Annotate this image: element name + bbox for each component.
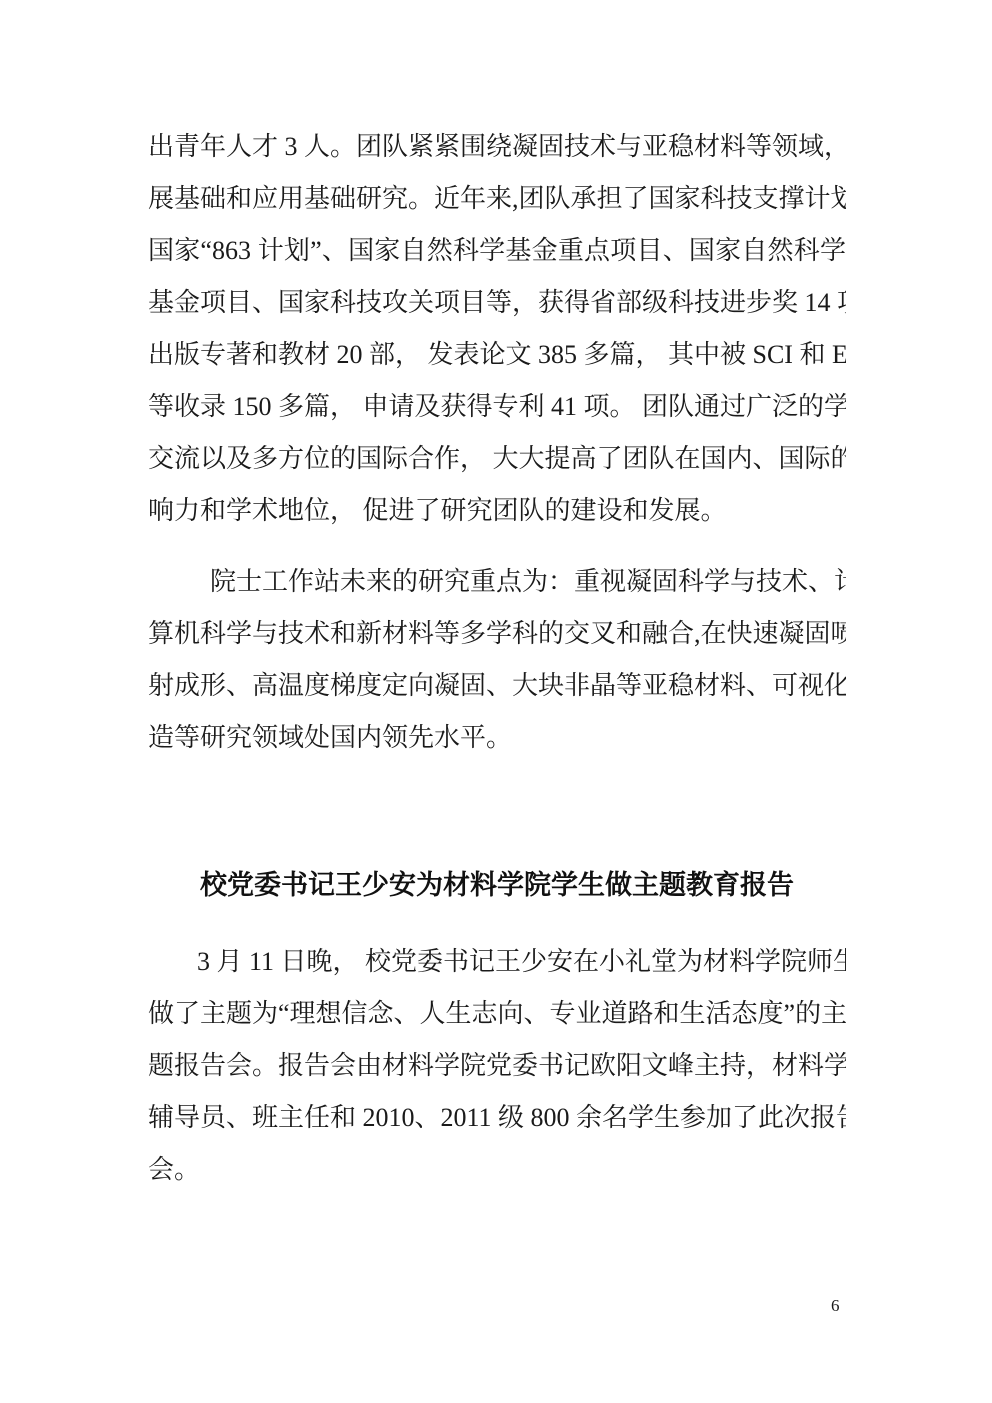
text-line: 3 月 11 日晚， 校党委书记王少安在小礼堂为材料学院师生 bbox=[148, 936, 846, 988]
text-line: 造等研究领域处国内领先水平。 bbox=[148, 712, 846, 764]
text-line: 出版专著和教材 20 部， 发表论文 385 多篇， 其中被 SCI 和 EI bbox=[148, 329, 846, 381]
text-line: 基金项目、国家科技攻关项目等，获得省部级科技进步奖 14 项。 bbox=[148, 277, 846, 329]
text-line: 展基础和应用基础研究。近年来,团队承担了国家科技支撑计划、 bbox=[148, 173, 846, 225]
text-line: 响力和学术地位， 促进了研究团队的建设和发展。 bbox=[148, 485, 846, 537]
text-line: 国家“863 计划”、国家自然科学基金重点项目、国家自然科学 bbox=[148, 225, 846, 277]
text-line: 做了主题为“理想信念、人生志向、专业道路和生活态度”的主 bbox=[148, 988, 846, 1040]
page-number: 6 bbox=[831, 1296, 840, 1316]
text-line: 辅导员、班主任和 2010、2011 级 800 余名学生参加了此次报告 bbox=[148, 1092, 846, 1144]
document-page: 出青年人才 3 人。团队紧紧围绕凝固技术与亚稳材料等领域，开 展基础和应用基础研… bbox=[0, 0, 992, 1403]
paragraph-report-event: 3 月 11 日晚， 校党委书记王少安在小礼堂为材料学院师生 做了主题为“理想信… bbox=[148, 936, 846, 1196]
text-line: 交流以及多方位的国际合作， 大大提高了团队在国内、国际的影 bbox=[148, 433, 846, 485]
text-line: 等收录 150 多篇， 申请及获得专利 41 项。 团队通过广泛的学术 bbox=[148, 381, 846, 433]
text-line: 院士工作站未来的研究重点为：重视凝固科学与技术、计 bbox=[148, 556, 846, 608]
section-heading: 校党委书记王少安为材料学院学生做主题教育报告 bbox=[148, 859, 846, 911]
text-line: 题报告会。报告会由材料学院党委书记欧阳文峰主持，材料学院 bbox=[148, 1040, 846, 1092]
paragraph-team-achievements: 出青年人才 3 人。团队紧紧围绕凝固技术与亚稳材料等领域，开 展基础和应用基础研… bbox=[148, 121, 846, 537]
text-line: 算机科学与技术和新材料等多学科的交叉和融合,在快速凝固喷 bbox=[148, 608, 846, 660]
paragraph-research-focus: 院士工作站未来的研究重点为：重视凝固科学与技术、计 算机科学与技术和新材料等多学… bbox=[148, 556, 846, 764]
text-line: 射成形、高温度梯度定向凝固、大块非晶等亚稳材料、可视化铸 bbox=[148, 660, 846, 712]
page-content: 出青年人才 3 人。团队紧紧围绕凝固技术与亚稳材料等领域，开 展基础和应用基础研… bbox=[148, 0, 846, 1196]
text-line: 会。 bbox=[148, 1144, 846, 1196]
text-line: 出青年人才 3 人。团队紧紧围绕凝固技术与亚稳材料等领域，开 bbox=[148, 121, 846, 173]
